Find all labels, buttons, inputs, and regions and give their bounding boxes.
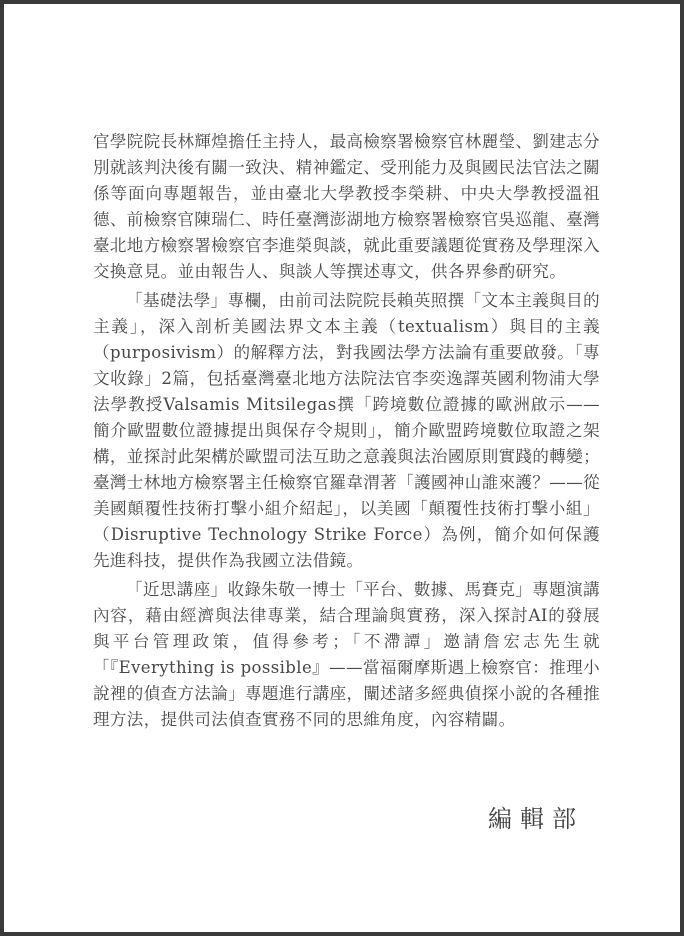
paragraph-continuation: 官學院院長林輝煌擔任主持人，最高檢察署檢察官林麗瑩、劉建志分別就該判決後有關一致… xyxy=(93,129,600,285)
paragraph-lectures: 「近思講座」收錄朱敬一博士「平台、數據、馬賽克」專題演講內容，藉由經濟與法律專業… xyxy=(93,577,600,733)
body-text: 官學院院長林輝煌擔任主持人，最高檢察署檢察官林麗瑩、劉建志分別就該判決後有關一致… xyxy=(93,129,600,733)
document-page: 官學院院長林輝煌擔任主持人，最高檢察署檢察官林麗瑩、劉建志分別就該判決後有關一致… xyxy=(0,0,684,936)
editorial-signature: 編輯部 xyxy=(488,804,584,834)
paragraph-basic-jurisprudence: 「基礎法學」專欄，由前司法院院長賴英照撰「文本主義與目的主義」，深入剖析美國法界… xyxy=(93,288,600,574)
